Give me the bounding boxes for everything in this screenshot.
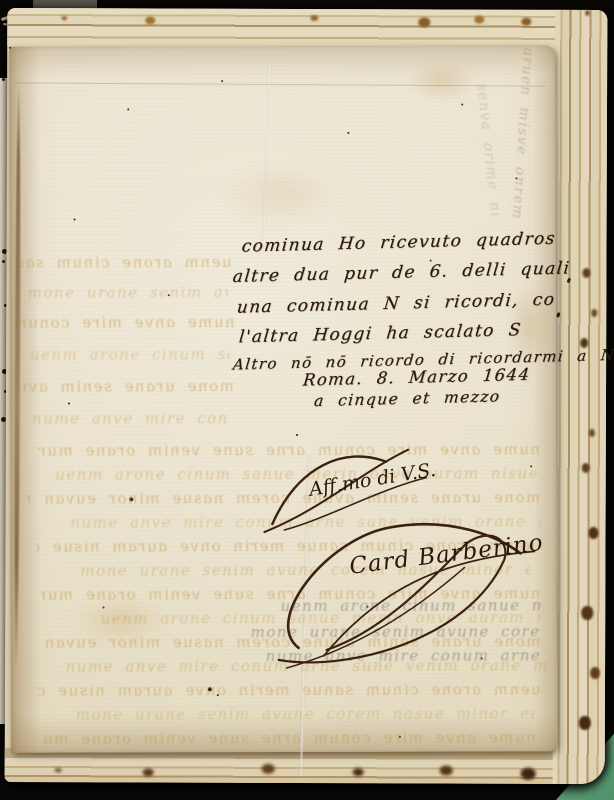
vertical-crease-top bbox=[263, 62, 272, 238]
showthrough-line: nume anve mire conum arne sune venim ora… bbox=[19, 314, 236, 332]
showthrough-line: mone urane senim avune corem nasue minor… bbox=[76, 705, 536, 723]
letter-line: l'altra Hoggi ha scalato S bbox=[238, 322, 522, 346]
showthrough-line: uenm arone cinum sanue merin onve auram … bbox=[21, 254, 233, 272]
page-stack-top-edge bbox=[7, 8, 607, 48]
showthrough-vertical: senva orime nuane cor bbox=[470, 83, 502, 216]
showthrough-line: nume anve mire conum arne sune venim ora… bbox=[32, 410, 227, 428]
manuscript-page: aruen misve onrem caniv sel senva orime … bbox=[9, 45, 557, 752]
ink-specks bbox=[9, 47, 11, 49]
showthrough-vertical: aruen misve onrem caniv sel bbox=[506, 47, 536, 220]
signature-block: Card Barberino bbox=[268, 497, 558, 678]
letter-dateline-time: a cinque et mezzo bbox=[313, 389, 501, 409]
letter-line: una cominua N si ricordi, co bbox=[236, 292, 556, 317]
top-edge-stains bbox=[61, 16, 67, 20]
letter-dateline: Roma. 8. Marzo 1644 bbox=[302, 367, 531, 389]
letter-line: cominua Ho ricevuto quadros bbox=[241, 231, 557, 256]
showthrough-line: mone urane senim avune corem nasue minor… bbox=[28, 284, 228, 302]
facing-page-ink-marks bbox=[2, 78, 5, 81]
showthrough-line: uenm arone cinum sanue merin onve auram … bbox=[35, 681, 542, 699]
foxing-stain bbox=[221, 164, 341, 224]
fore-edge-stains bbox=[585, 10, 589, 16]
page-stack-fore-edge bbox=[553, 10, 608, 784]
scanned-manuscript: aruen misve onrem caniv sel senva orime … bbox=[0, 0, 614, 800]
letter-line: altre dua pur de 6. delli quali bbox=[232, 260, 571, 286]
under-sheet-edge-line bbox=[15, 82, 545, 86]
bottom-edge-stains bbox=[55, 768, 62, 772]
signature-text: Card Barberino bbox=[348, 530, 545, 580]
page-stack-bottom-edge bbox=[5, 748, 605, 784]
showthrough-line: nume anve mire conum arne sune venim ora… bbox=[40, 729, 537, 747]
foxing-stain bbox=[407, 59, 477, 101]
showthrough-line: mone urane senim avune corem nasue minor… bbox=[23, 378, 235, 396]
showthrough-line: uenm arone cinum sanue merin onve auram … bbox=[30, 346, 230, 364]
